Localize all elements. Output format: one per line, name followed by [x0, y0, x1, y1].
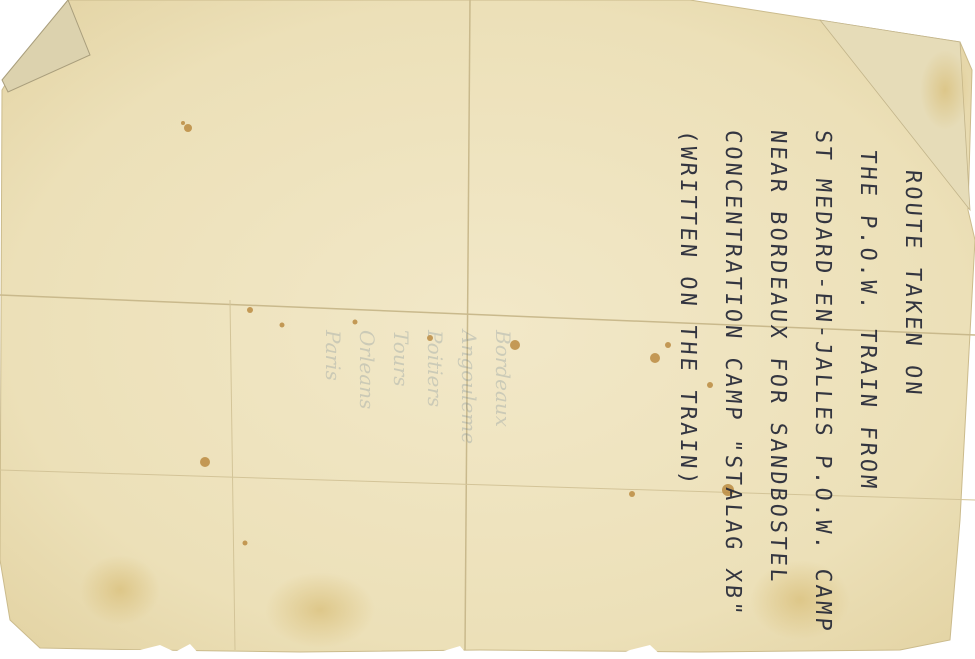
note-line-2: the P.O.W. train from	[845, 128, 890, 651]
handwritten-note: Route taken on the P.O.W. train from St …	[665, 130, 935, 650]
bleed-through-line: Poitiers	[418, 330, 452, 444]
bleed-through-text: Bordeaux Angouleme Poitiers Tours Orlean…	[316, 330, 520, 444]
bleed-through-line: Angouleme	[452, 330, 486, 444]
note-line-6: (written on the train)	[665, 128, 710, 651]
scanned-document: Bordeaux Angouleme Poitiers Tours Orlean…	[0, 0, 975, 659]
note-line-5: concentration camp "Stalag XB"	[710, 128, 755, 651]
bleed-through-line: Bordeaux	[486, 330, 520, 444]
note-line-4: near Bordeaux for Sandbostel	[755, 128, 800, 651]
bleed-through-line: Tours	[384, 330, 418, 444]
bleed-through-line: Paris	[316, 330, 350, 444]
note-line-3: St Medard-en-Jalles P.O.W. Camp	[800, 128, 845, 651]
note-line-1: Route taken on	[890, 128, 935, 651]
bleed-through-line: Orleans	[350, 330, 384, 444]
